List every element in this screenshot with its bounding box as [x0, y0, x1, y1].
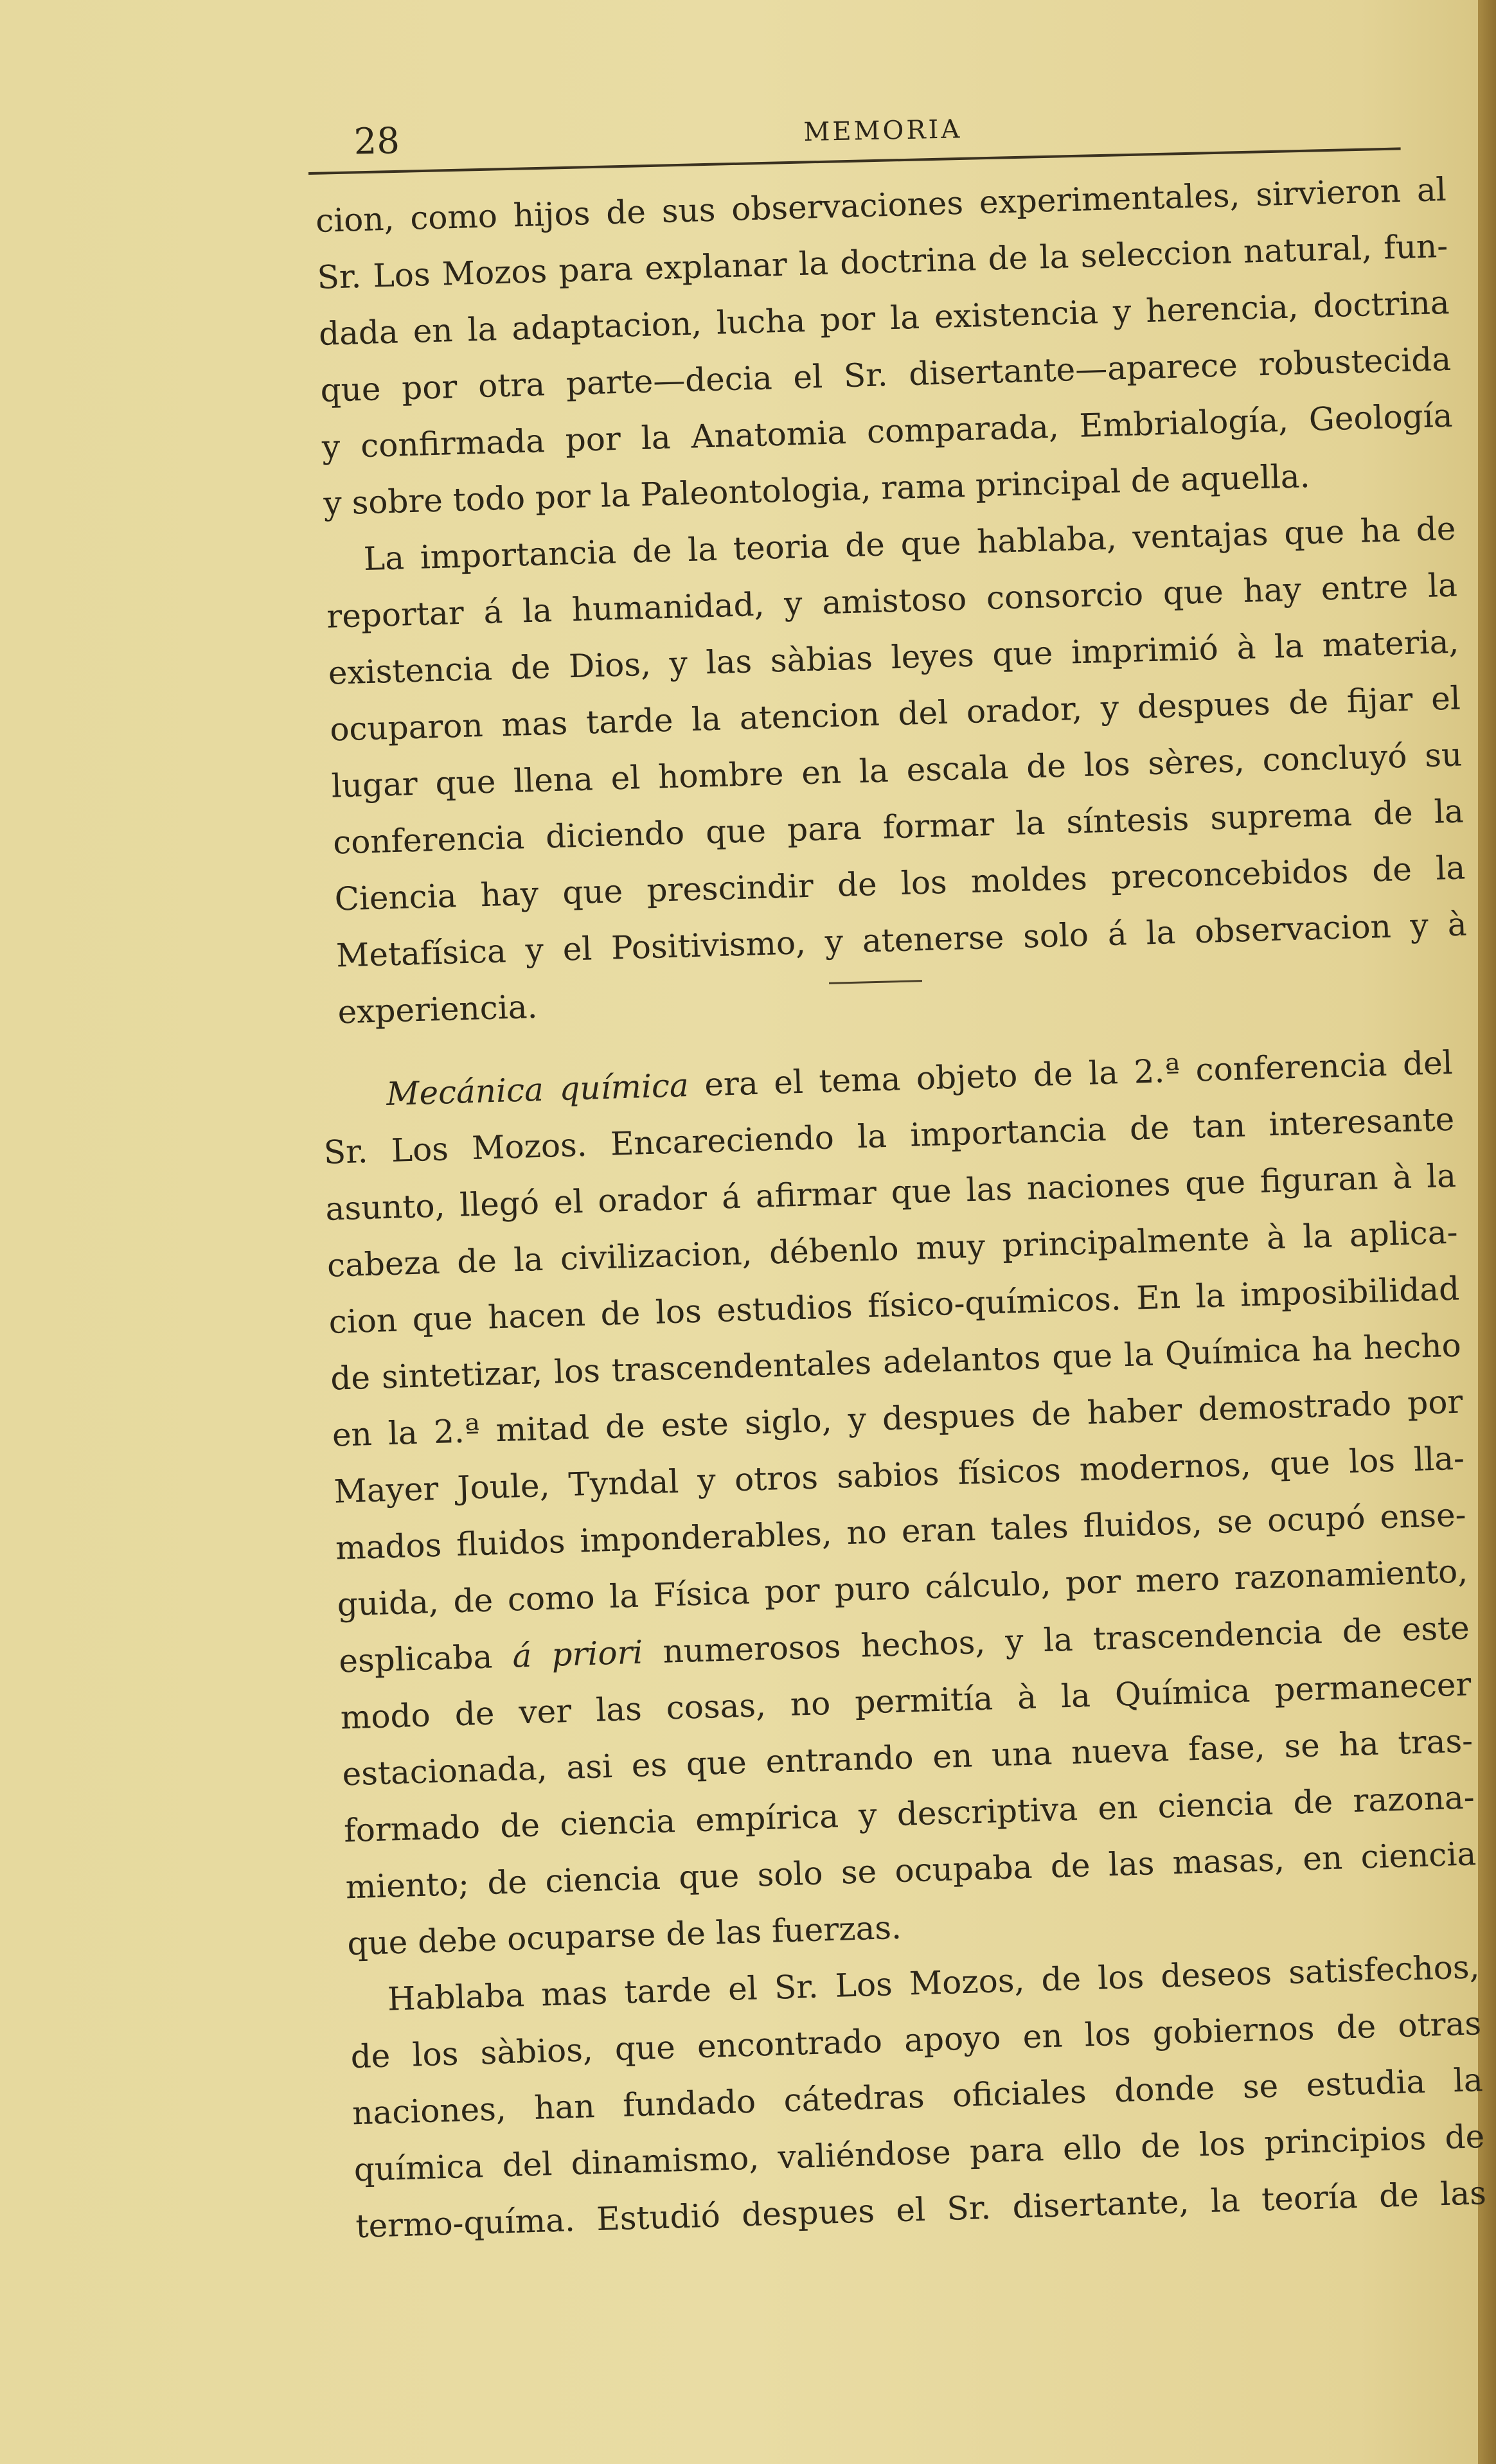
page-number: 28: [353, 120, 400, 163]
running-title: MEMORIA: [803, 114, 963, 147]
text-span: esplicaba: [339, 1638, 513, 1680]
text-block-section-2: Mecánica química era el tema objeto de l…: [321, 1034, 1487, 2255]
text-block-section-1: cion, como hijos de sus observaciones ex…: [315, 161, 1469, 1041]
italic-topic: Mecánica química: [386, 1067, 689, 1113]
italic-phrase: á priori: [512, 1634, 644, 1675]
